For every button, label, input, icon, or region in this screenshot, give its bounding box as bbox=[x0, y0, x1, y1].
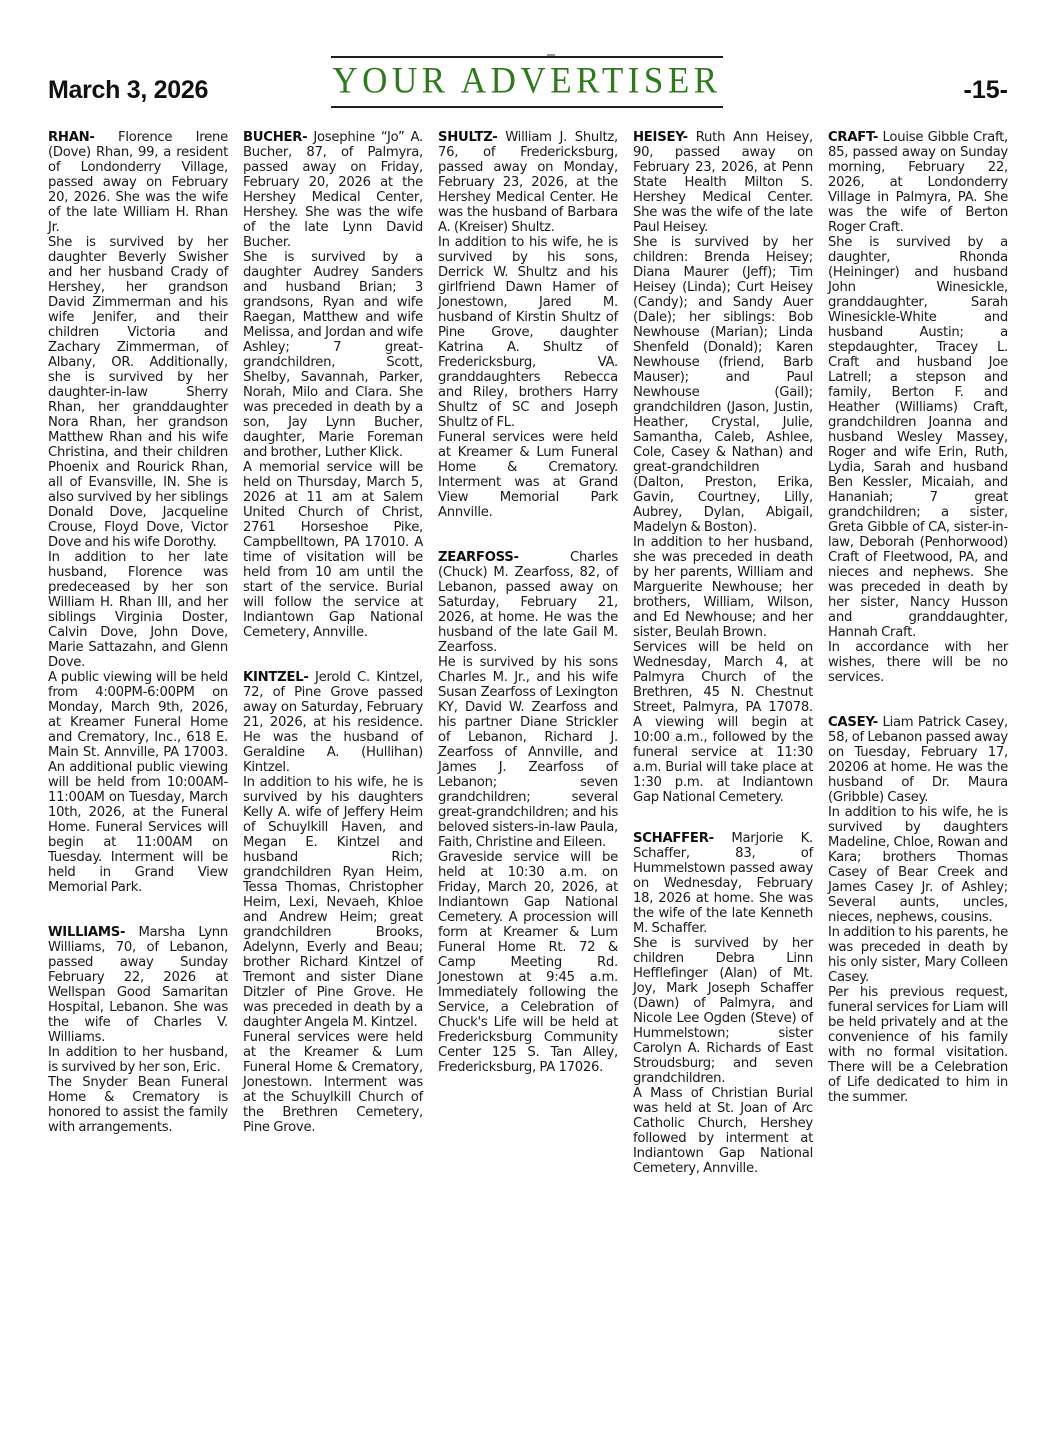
obituary-paragraph: Per his previous request, funeral servic… bbox=[828, 985, 1008, 1105]
obituary-paragraph: She is survived by her children: Brenda … bbox=[633, 235, 813, 535]
obituary-columns: RHAN- Florence Irene (Dove) Rhan, 99, a … bbox=[48, 130, 1010, 1420]
obituary-paragraph: Florence Irene (Dove) Rhan, 99, a reside… bbox=[48, 130, 228, 235]
masthead-ornament bbox=[547, 54, 555, 56]
obituary-williams: WILLIAMS- Marsha Lynn Williams, 70, of L… bbox=[48, 925, 228, 1135]
obituary-paragraph: Marjorie K. Schaffer, 83, of Hummelstown… bbox=[633, 831, 813, 936]
obituary-paragraph: Jerold C. Kintzel, 72, of Pine Grove pas… bbox=[243, 670, 423, 775]
column-2: BUCHER- Josephine “Jo” A. Bucher, 87, of… bbox=[243, 130, 423, 1165]
obituary-paragraph: A public viewing will be held from 4:00P… bbox=[48, 670, 228, 895]
page-header: March 3, 2026 YOUR ADVERTISER -15- bbox=[0, 0, 1056, 125]
obituary-paragraph: Funeral services were held at Kreamer & … bbox=[438, 430, 618, 520]
obituary-surname: SCHAFFER- bbox=[633, 831, 714, 846]
obituary-paragraph: In accordance with her wishes, there wil… bbox=[828, 640, 1008, 685]
obituary-bucher: BUCHER- Josephine “Jo” A. Bucher, 87, of… bbox=[243, 130, 423, 640]
obituary-heisey: HEISEY- Ruth Ann Heisey, 90, passed away… bbox=[633, 130, 813, 805]
obituary-kintzel: KINTZEL- Jerold C. Kintzel, 72, of Pine … bbox=[243, 670, 423, 1135]
obituary-paragraph: He is survived by his sons Charles M. Jr… bbox=[438, 655, 618, 850]
obituary-surname: KINTZEL- bbox=[243, 670, 309, 685]
issue-date: March 3, 2026 bbox=[48, 76, 208, 105]
obituary-shultz: SHULTZ- William J. Shultz, 76, of Freder… bbox=[438, 130, 618, 520]
obituary-casey: CASEY- Liam Patrick Casey, 58, of Lebano… bbox=[828, 715, 1008, 1105]
obituary-surname: BUCHER- bbox=[243, 130, 307, 145]
masthead: YOUR ADVERTISER bbox=[331, 56, 723, 108]
obituary-paragraph: She is survived by a daughter, Rhonda (H… bbox=[828, 235, 1008, 640]
obituary-rhan: RHAN- Florence Irene (Dove) Rhan, 99, a … bbox=[48, 130, 228, 895]
obituary-paragraph: Louise Gibble Craft, 85, passed away on … bbox=[828, 130, 1008, 235]
column-1: RHAN- Florence Irene (Dove) Rhan, 99, a … bbox=[48, 130, 228, 1165]
obituary-paragraph: In addition to her husband, is survived … bbox=[48, 1045, 228, 1075]
obituary-paragraph: She is survived by her children Debra Li… bbox=[633, 936, 813, 1086]
masthead-title: YOUR ADVERTISER bbox=[331, 60, 723, 102]
obituary-craft: CRAFT- Louise Gibble Craft, 85, passed a… bbox=[828, 130, 1008, 685]
obituary-surname: CRAFT- bbox=[828, 130, 878, 145]
obituary-paragraph: Funeral services were held at the Kreame… bbox=[243, 1030, 423, 1135]
column-4: HEISEY- Ruth Ann Heisey, 90, passed away… bbox=[633, 130, 813, 1206]
obituary-paragraph: In addition to his parents, he was prece… bbox=[828, 925, 1008, 985]
obituary-paragraph: In addition to his wife, he is survived … bbox=[438, 235, 618, 430]
obituary-surname: RHAN- bbox=[48, 130, 95, 145]
obituary-zearfoss: ZEARFOSS- Charles (Chuck) M. Zearfoss, 8… bbox=[438, 550, 618, 1075]
obituary-paragraph: Services will be held on Wednesday, Marc… bbox=[633, 640, 813, 805]
obituary-surname: SHULTZ- bbox=[438, 130, 498, 145]
column-3: SHULTZ- William J. Shultz, 76, of Freder… bbox=[438, 130, 618, 1105]
obituary-schaffer: SCHAFFER- Marjorie K. Schaffer, 83, of H… bbox=[633, 831, 813, 1176]
obituary-surname: HEISEY- bbox=[633, 130, 688, 145]
page-number: -15- bbox=[964, 76, 1008, 105]
obituary-paragraph: A memorial service will be held on Thurs… bbox=[243, 460, 423, 640]
obituary-paragraph: Marsha Lynn Williams, 70, of Lebanon, pa… bbox=[48, 925, 228, 1045]
obituary-paragraph: Graveside service will be held at 10:30 … bbox=[438, 850, 618, 1075]
obituary-paragraph: In addition to his wife, he is survived … bbox=[243, 775, 423, 1030]
obituary-surname: WILLIAMS- bbox=[48, 925, 125, 940]
obituary-paragraph: William J. Shultz, 76, of Fredericksburg… bbox=[438, 130, 618, 235]
column-5: CRAFT- Louise Gibble Craft, 85, passed a… bbox=[828, 130, 1008, 1135]
obituary-paragraph: Ruth Ann Heisey, 90, passed away on Febr… bbox=[633, 130, 813, 235]
obituary-paragraph: The Snyder Bean Funeral Home & Crematory… bbox=[48, 1075, 228, 1135]
obituary-surname: ZEARFOSS- bbox=[438, 550, 519, 565]
obituary-paragraph: Charles (Chuck) M. Zearfoss, 82, of Leba… bbox=[438, 550, 618, 655]
obituary-paragraph: A Mass of Christian Burial was held at S… bbox=[633, 1086, 813, 1176]
obituary-paragraph: In addition to her husband, she was prec… bbox=[633, 535, 813, 640]
obituary-paragraph: Josephine “Jo” A. Bucher, 87, of Palmyra… bbox=[243, 130, 423, 250]
obituary-paragraph: In addition to her late husband, Florenc… bbox=[48, 550, 228, 670]
obituary-surname: CASEY- bbox=[828, 715, 878, 730]
obituary-paragraph: In addition to his wife, he is survived … bbox=[828, 805, 1008, 925]
obituary-paragraph: She is survived by her daughter Beverly … bbox=[48, 235, 228, 550]
obituary-paragraph: She is survived by a daughter Audrey San… bbox=[243, 250, 423, 460]
